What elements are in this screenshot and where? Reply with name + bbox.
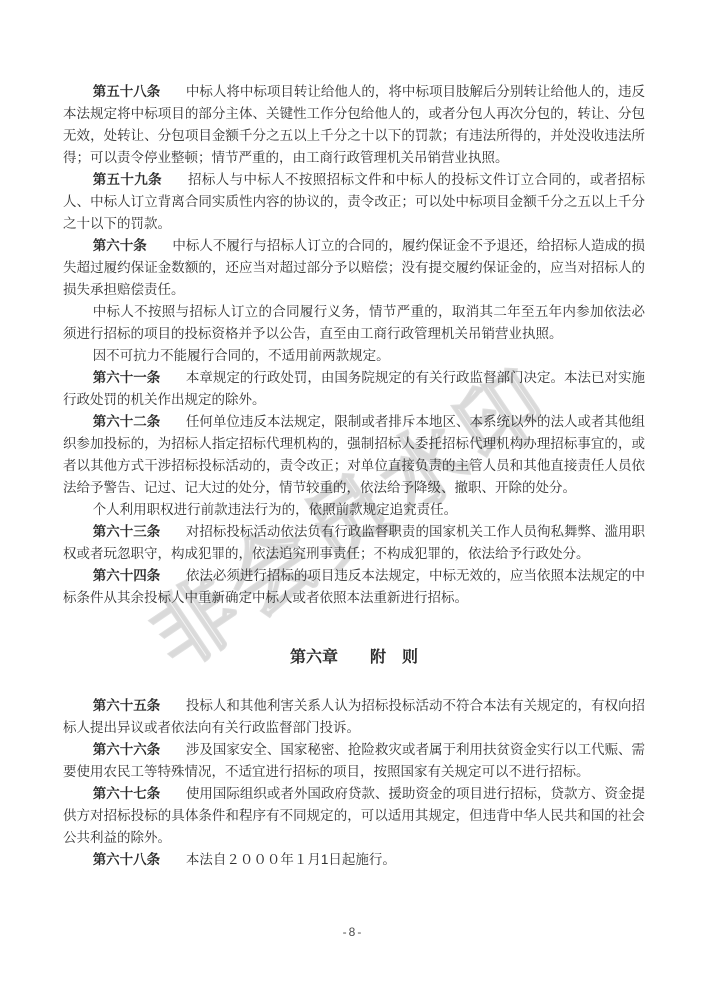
article-number: 第六十二条 <box>93 414 161 429</box>
page-number: -8- <box>0 925 706 939</box>
article-paragraph: 第五十八条中标人将中标项目转让给他人的，将中标项目肢解后分别转让给他人的，违反本… <box>63 81 645 169</box>
article-text: 个人利用职权进行前款违法行为的，依照前款规定追究责任。 <box>93 502 458 517</box>
article-number: 第六十三条 <box>93 524 161 539</box>
article-number: 第六十一条 <box>93 370 161 385</box>
chapter-heading: 第六章 附 则 <box>63 647 645 669</box>
article-text: 因不可抗力不能履行合同的，不适用前两款规定。 <box>93 348 390 363</box>
article-paragraph: 第六十条中标人不履行与招标人订立的合同的，履约保证金不予退还，给招标人造成的损失… <box>63 235 645 301</box>
article-paragraph: 第六十五条投标人和其他利害关系人认为招标投标活动不符合本法有关规定的，有权向招标… <box>63 695 645 739</box>
document-page: 非会员水印 第五十八条中标人将中标项目转让给他人的，将中标项目肢解后分别转让给他… <box>0 0 706 1000</box>
article-number: 第六十条 <box>93 238 147 253</box>
article-text: 本法自２０００年１月1日起施行。 <box>186 852 396 867</box>
article-paragraph: 第六十二条任何单位违反本法规定，限制或者排斥本地区、本系统以外的法人或者其他组织… <box>63 411 645 499</box>
article-number: 第六十四条 <box>93 568 161 583</box>
article-number: 第六十六条 <box>93 742 161 757</box>
article-text: 中标人不履行与招标人订立的合同的，履约保证金不予退还，给招标人造成的损失超过履约… <box>63 238 645 297</box>
article-paragraph: 第六十三条对招标投标活动依法负有行政监督职责的国家机关工作人员徇私舞弊、滥用职权… <box>63 521 645 565</box>
article-text: 中标人不按照与招标人订立的合同履行义务，情节严重的，取消其二年至五年内参加依法必… <box>63 304 645 341</box>
article-number: 第六十五条 <box>93 698 161 713</box>
article-paragraph: 第六十一条本章规定的行政处罚，由国务院规定的有关行政监督部门决定。本法已对实施行… <box>63 367 645 411</box>
article-number: 第五十八条 <box>93 84 161 99</box>
article-number: 第六十七条 <box>93 786 161 801</box>
continuation-paragraph: 中标人不按照与招标人订立的合同履行义务，情节严重的，取消其二年至五年内参加依法必… <box>63 301 645 345</box>
article-paragraph: 第五十九条招标人与中标人不按照招标文件和中标人的投标文件订立合同的，或者招标人、… <box>63 169 645 235</box>
article-number: 第五十九条 <box>93 172 162 187</box>
article-number: 第六十八条 <box>93 852 161 867</box>
article-paragraph: 第六十八条本法自２０００年１月1日起施行。 <box>63 849 645 871</box>
continuation-paragraph: 个人利用职权进行前款违法行为的，依照前款规定追究责任。 <box>63 499 645 521</box>
article-paragraph: 第六十七条使用国际组织或者外国政府贷款、援助资金的项目进行招标，贷款方、资金提供… <box>63 783 645 849</box>
article-paragraph: 第六十六条涉及国家安全、国家秘密、抢险救灾或者属于利用扶贫资金实行以工代赈、需要… <box>63 739 645 783</box>
article-paragraph: 第六十四条依法必须进行招标的项目违反本法规定，中标无效的，应当依照本法规定的中标… <box>63 565 645 609</box>
continuation-paragraph: 因不可抗力不能履行合同的，不适用前两款规定。 <box>63 345 645 367</box>
document-body: 第五十八条中标人将中标项目转让给他人的，将中标项目肢解后分别转让给他人的，违反本… <box>63 81 645 871</box>
